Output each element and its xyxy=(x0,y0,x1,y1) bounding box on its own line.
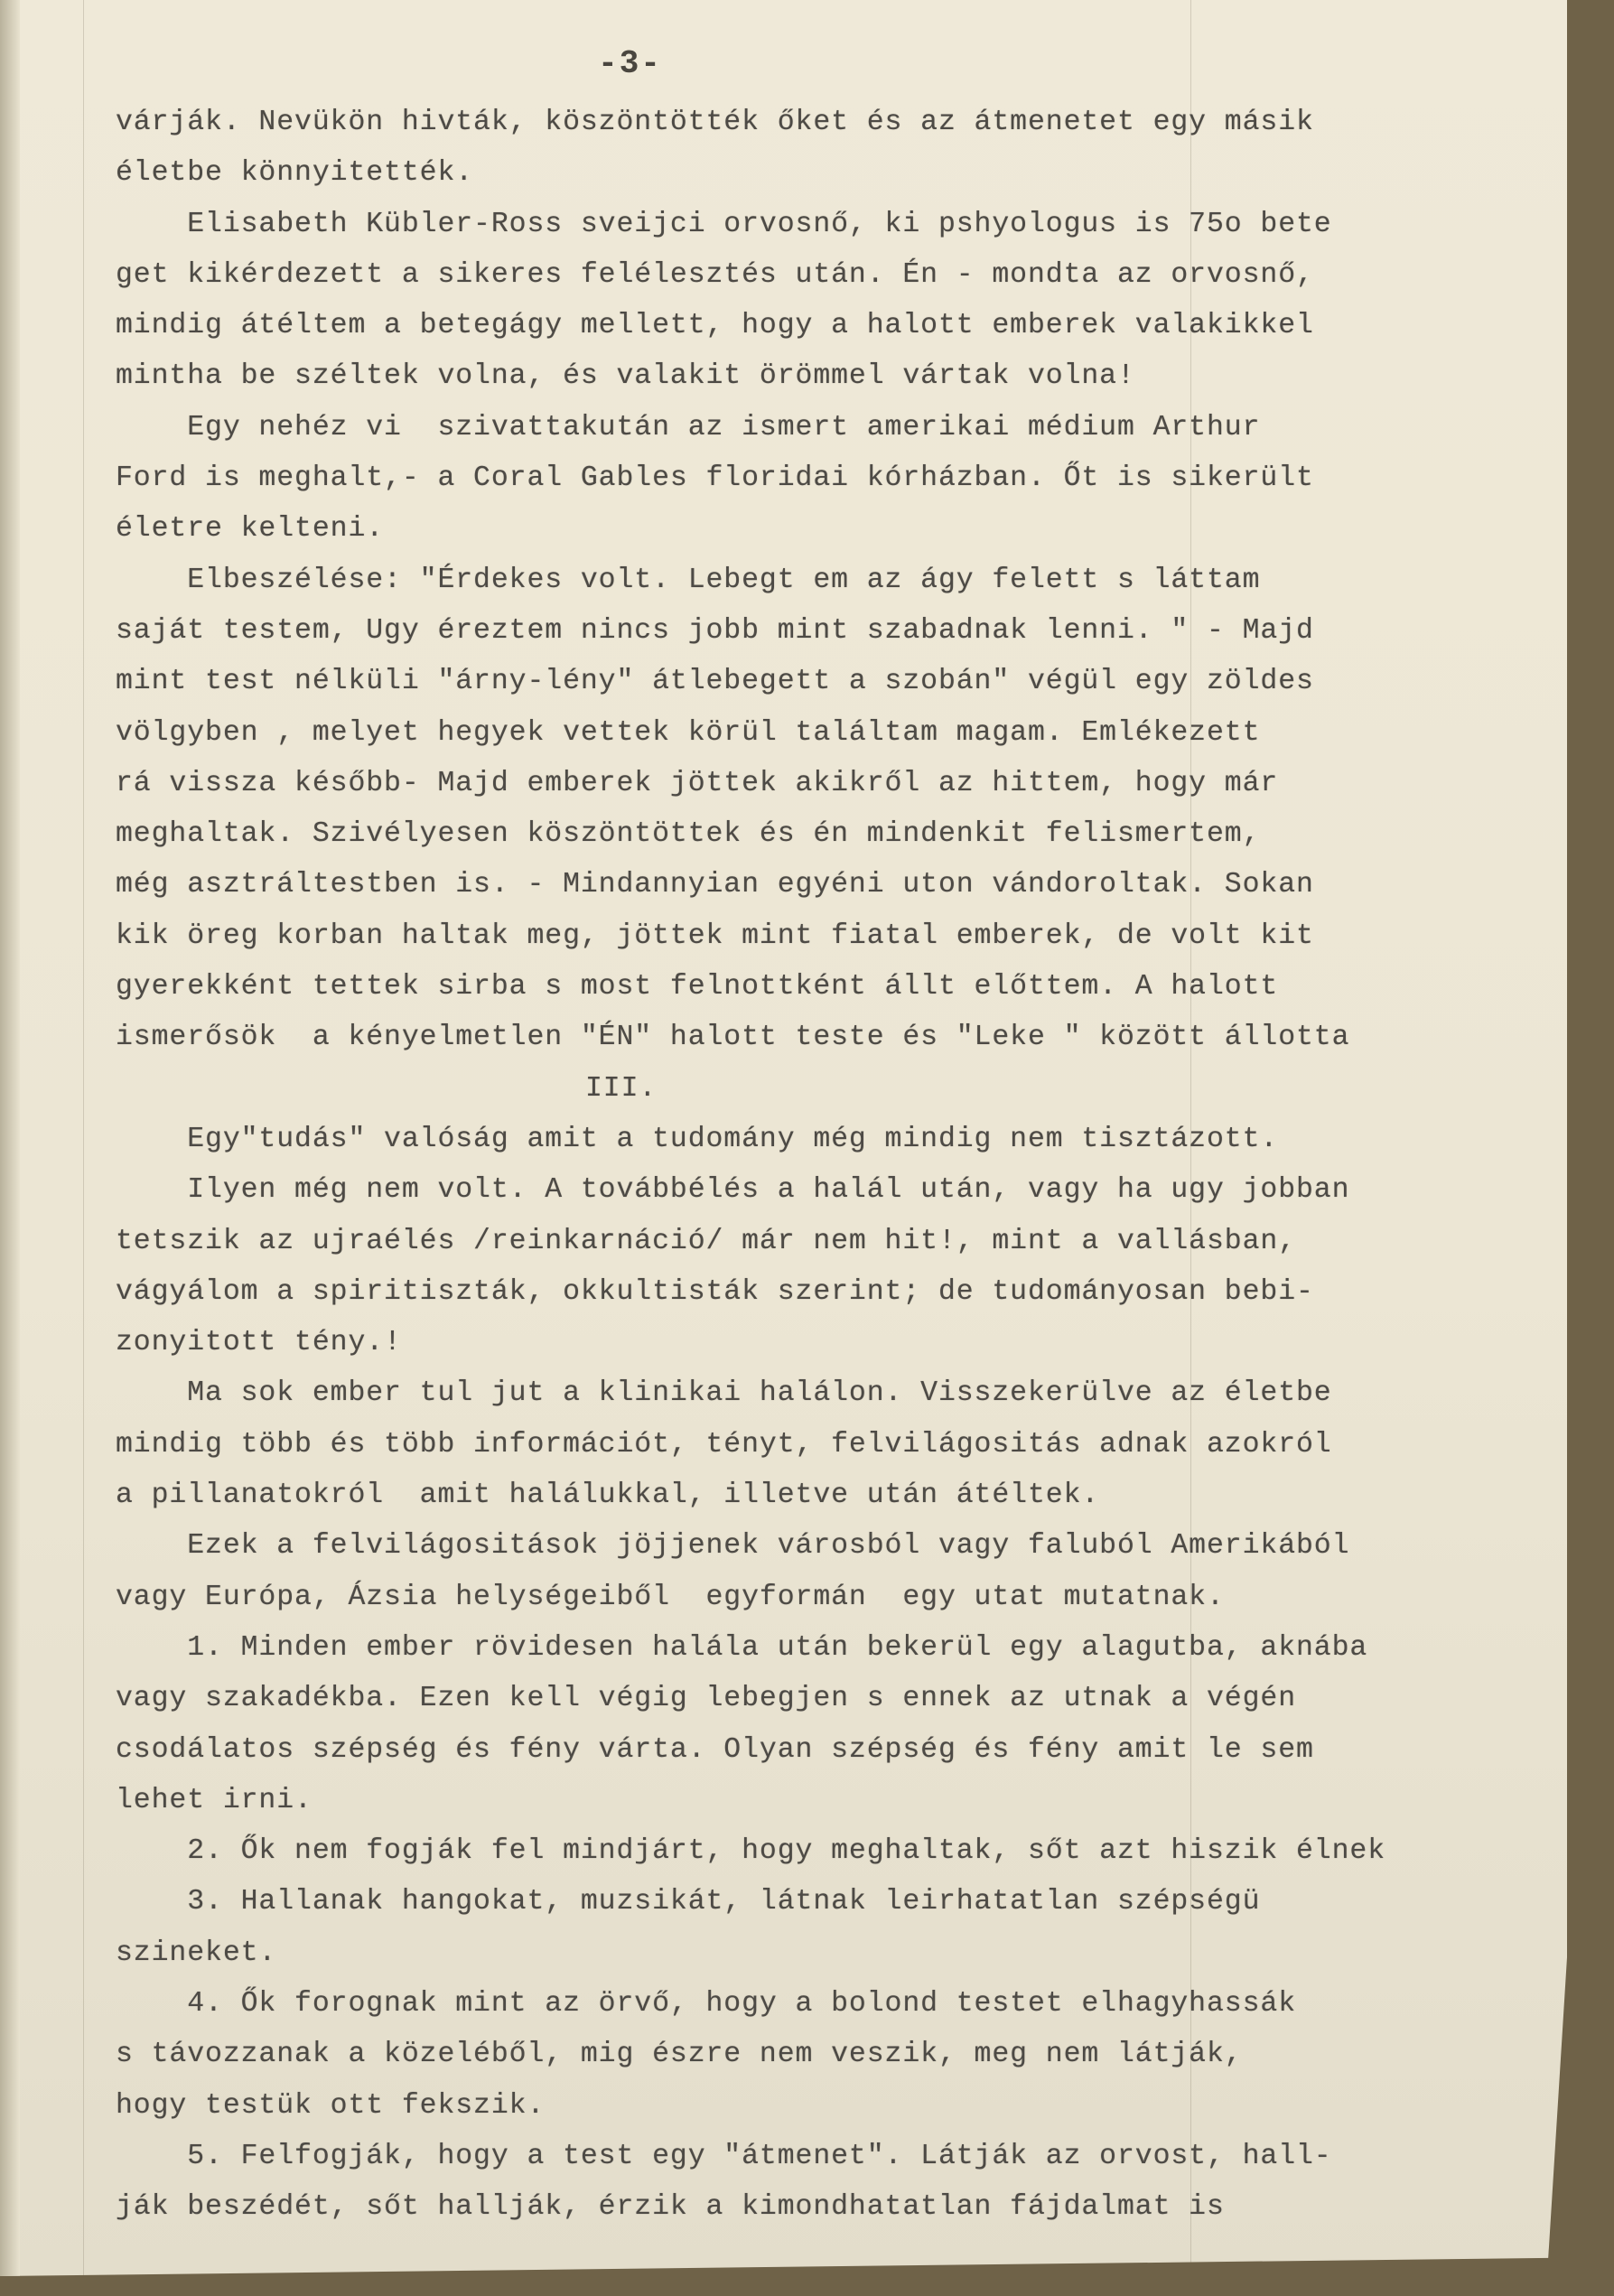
text-line: 3. Hallanak hangokat, muzsikát, látnak l… xyxy=(116,1877,1543,1927)
text-line: gyerekként tettek sirba s most felnottké… xyxy=(116,962,1543,1013)
text-line: tetszik az ujraélés /reinkarnáció/ már n… xyxy=(116,1217,1543,1267)
text-line: lehet irni. xyxy=(116,1776,1543,1826)
text-line: rá vissza később- Majd emberek jöttek ak… xyxy=(116,759,1543,809)
text-line: vagy Európa, Ázsia helységeiből egyformá… xyxy=(116,1573,1543,1623)
text-line: életre kelteni. xyxy=(116,504,1543,555)
text-line: ismerősök a kényelmetlen "ÉN" halott tes… xyxy=(116,1013,1543,1063)
text-line: get kikérdezett a sikeres felélesztés ut… xyxy=(116,250,1543,301)
text-line: s távozzanak a közeléből, mig észre nem … xyxy=(116,2030,1543,2080)
text-line: mindig több és több információt, tényt, … xyxy=(116,1420,1543,1470)
text-line: hogy testük ott fekszik. xyxy=(116,2081,1543,2132)
text-line: Egy"tudás" valóság amit a tudomány még m… xyxy=(116,1115,1543,1165)
page-edge-shadow xyxy=(0,0,20,2296)
margin-fold-line xyxy=(83,0,84,2276)
page-number: -3- xyxy=(0,45,1359,82)
text-line: Elisabeth Kübler-Ross sveijci orvosnő, k… xyxy=(116,200,1543,250)
text-line: Egy nehéz vi szivattakután az ismert ame… xyxy=(116,403,1543,453)
text-line: Ezek a felvilágositások jöjjenek városbó… xyxy=(116,1521,1543,1572)
text-line: életbe könnyitették. xyxy=(116,148,1543,199)
text-line: még asztráltestben is. - Mindannyian egy… xyxy=(116,860,1543,910)
text-line: csodálatos szépség és fény várta. Olyan … xyxy=(116,1725,1543,1776)
text-line: 2. Ők nem fogják fel mindjárt, hogy megh… xyxy=(116,1826,1543,1877)
text-line: 4. Ők forognak mint az örvő, hogy a bolo… xyxy=(116,1979,1543,2030)
text-line: Elbeszélése: "Érdekes volt. Lebegt em az… xyxy=(116,555,1543,606)
text-line: Ilyen még nem volt. A továbbélés a halál… xyxy=(116,1165,1543,1216)
text-line: 5. Felfogják, hogy a test egy "átmenet".… xyxy=(116,2132,1543,2182)
text-line: mindig átéltem a betegágy mellett, hogy … xyxy=(116,301,1543,351)
text-line: völgyben , melyet hegyek vettek körül ta… xyxy=(116,708,1543,759)
body-text: várják. Nevükön hivták, köszöntötték őke… xyxy=(116,98,1543,2233)
text-line: Ford is meghalt,- a Coral Gables florida… xyxy=(116,453,1543,504)
text-line: vágyálom a spiritiszták, okkultisták sze… xyxy=(116,1267,1543,1318)
typewritten-page: -3- várják. Nevükön hivták, köszöntötték… xyxy=(0,0,1567,2276)
text-line: vagy szakadékba. Ezen kell végig lebegje… xyxy=(116,1674,1543,1724)
text-line: saját testem, Ugy éreztem nincs jobb min… xyxy=(116,606,1543,657)
text-line: szineket. xyxy=(116,1928,1543,1979)
section-heading: III. xyxy=(116,1064,1543,1115)
text-line: kik öreg korban haltak meg, jöttek mint … xyxy=(116,911,1543,962)
text-line: meghaltak. Szivélyesen köszöntöttek és é… xyxy=(116,809,1543,860)
text-line: zonyitott tény.! xyxy=(116,1318,1543,1368)
text-line: 1. Minden ember rövidesen halála után be… xyxy=(116,1623,1543,1674)
text-line: mint test nélküli "árny-lény" átlebegett… xyxy=(116,657,1543,707)
text-line: Ma sok ember tul jut a klinikai halálon.… xyxy=(116,1368,1543,1419)
text-line: várják. Nevükön hivták, köszöntötték őke… xyxy=(116,98,1543,148)
text-line: a pillanatokról amit halálukkal, illetve… xyxy=(116,1470,1543,1521)
text-line: ják beszédét, sőt hallják, érzik a kimon… xyxy=(116,2182,1543,2233)
text-line: mintha be széltek volna, és valakit öröm… xyxy=(116,351,1543,402)
